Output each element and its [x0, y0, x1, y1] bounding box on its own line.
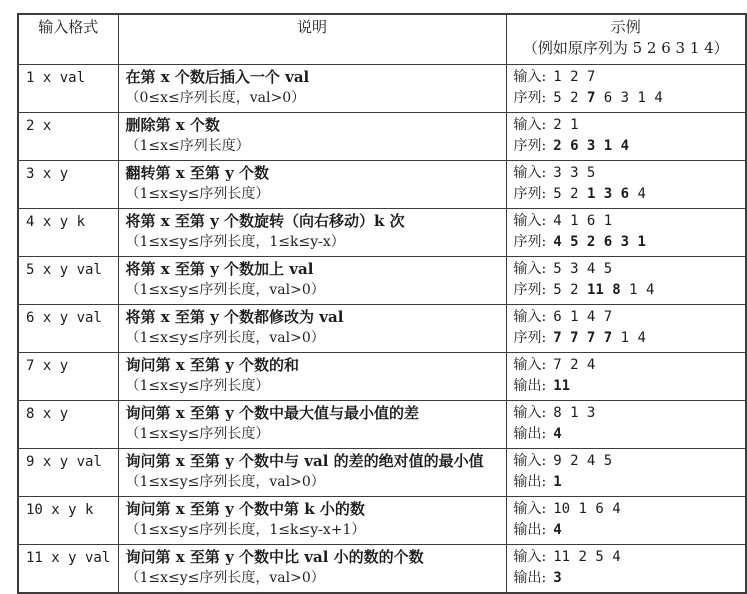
header-input-format: 输入格式: [18, 14, 118, 65]
description-cell: 将第 x 至第 y 个数旋转（向右移动）k 次 （1≤x≤y≤序列长度，1≤k≤…: [118, 209, 506, 257]
example-segment: 1 4: [612, 330, 646, 346]
example-line-1: 输入:4 1 6 1: [514, 211, 739, 232]
example-line-2: 输出:3: [514, 568, 739, 589]
example-line-1-value: 2 1: [553, 117, 578, 133]
example-segment: 2 1: [553, 117, 578, 133]
operations-table: 输入格式 说明 示例 （例如原序列为 5 2 6 3 1 4） 1 x val …: [17, 13, 747, 594]
example-line-1-label: 输入:: [514, 549, 547, 565]
example-line-1-value: 4 1 6 1: [553, 213, 612, 229]
example-cell: 输入:8 1 3 输出:4: [506, 401, 746, 449]
format-text: 6 x y val: [26, 307, 111, 329]
description-text: 在第 x 个数后插入一个 val: [126, 67, 499, 88]
example-segment: 11 8: [587, 282, 621, 298]
example-segment: 3 3 5: [553, 165, 595, 181]
example-line-2-value: 4: [553, 426, 561, 442]
example-line-2: 序列:2 6 3 1 4: [514, 136, 739, 157]
example-segment: 7 2 4: [553, 357, 595, 373]
table-row: 10 x y k 询问第 x 至第 y 个数中第 k 小的数 （1≤x≤y≤序列…: [18, 497, 746, 545]
example-line-1: 输入:2 1: [514, 115, 739, 136]
description-text: 翻转第 x 至第 y 个数: [126, 163, 499, 184]
example-segment: 1: [553, 474, 561, 490]
header-example-subtitle: （例如原序列为 5 2 6 3 1 4）: [514, 38, 739, 59]
example-segment: 6 3 1 4: [595, 90, 662, 106]
example-cell: 输入:6 1 4 7 序列:7 7 7 7 1 4: [506, 305, 746, 353]
description-text: 询问第 x 至第 y 个数中比 val 小的数的个数: [126, 547, 499, 568]
example-line-1: 输入:8 1 3: [514, 403, 739, 424]
table-row: 3 x y 翻转第 x 至第 y 个数 （1≤x≤y≤序列长度） 输入:3 3 …: [18, 161, 746, 209]
format-text: 1 x val: [26, 67, 111, 89]
header-example: 示例 （例如原序列为 5 2 6 3 1 4）: [506, 14, 746, 65]
header-example-title: 示例: [514, 17, 739, 38]
example-line-1-value: 8 1 3: [553, 405, 595, 421]
constraint-text: （1≤x≤y≤序列长度，1≤k≤y-x+1）: [126, 520, 499, 541]
example-line-2-label: 输出:: [514, 378, 547, 394]
example-line-1-value: 1 2 7: [553, 69, 595, 85]
header-description: 说明: [118, 14, 506, 65]
description-text: 询问第 x 至第 y 个数的和: [126, 355, 499, 376]
example-line-2-value: 4: [553, 522, 561, 538]
example-line-1-value: 10 1 6 4: [553, 501, 620, 517]
example-line-1: 输入:3 3 5: [514, 163, 739, 184]
format-cell: 6 x y val: [18, 305, 118, 353]
example-segment: 4 5 2 6 3 1: [553, 234, 646, 250]
constraint-text: （1≤x≤y≤序列长度，1≤k≤y-x）: [126, 232, 499, 253]
format-cell: 8 x y: [18, 401, 118, 449]
format-cell: 3 x y: [18, 161, 118, 209]
format-text: 9 x y val: [26, 451, 111, 473]
example-segment: 5 2: [553, 186, 587, 202]
format-text: 10 x y k: [26, 499, 111, 521]
example-cell: 输入:5 3 4 5 序列:5 2 11 8 1 4: [506, 257, 746, 305]
example-cell: 输入:3 3 5 序列:5 2 1 3 6 4: [506, 161, 746, 209]
format-text: 5 x y val: [26, 259, 111, 281]
constraint-text: （1≤x≤y≤序列长度，val>0）: [126, 280, 499, 301]
example-segment: 5 2: [553, 90, 587, 106]
example-line-1-label: 输入:: [514, 261, 547, 277]
example-segment: 1 3 6: [587, 186, 629, 202]
format-cell: 1 x val: [18, 65, 118, 113]
example-line-1-value: 7 2 4: [553, 357, 595, 373]
example-line-2-label: 序列:: [514, 138, 547, 154]
constraint-text: （1≤x≤y≤序列长度）: [126, 184, 499, 205]
format-cell: 7 x y: [18, 353, 118, 401]
description-cell: 将第 x 至第 y 个数加上 val （1≤x≤y≤序列长度，val>0）: [118, 257, 506, 305]
description-cell: 翻转第 x 至第 y 个数 （1≤x≤y≤序列长度）: [118, 161, 506, 209]
example-segment: 4: [629, 186, 646, 202]
example-line-1-value: 11 2 5 4: [553, 549, 620, 565]
example-segment: 5 3 4 5: [553, 261, 612, 277]
description-text: 删除第 x 个数: [126, 115, 499, 136]
example-line-1-label: 输入:: [514, 213, 547, 229]
example-segment: 6 1 4 7: [553, 309, 612, 325]
example-line-2-label: 输出:: [514, 522, 547, 538]
example-line-2: 输出:4: [514, 520, 739, 541]
format-cell: 9 x y val: [18, 449, 118, 497]
description-cell: 询问第 x 至第 y 个数中与 val 的差的绝对值的最小值 （1≤x≤y≤序列…: [118, 449, 506, 497]
table-row: 5 x y val 将第 x 至第 y 个数加上 val （1≤x≤y≤序列长度…: [18, 257, 746, 305]
example-cell: 输入:11 2 5 4 输出:3: [506, 545, 746, 594]
example-line-1: 输入:7 2 4: [514, 355, 739, 376]
example-line-2-label: 序列:: [514, 234, 547, 250]
example-line-1-label: 输入:: [514, 453, 547, 469]
table-row: 9 x y val 询问第 x 至第 y 个数中与 val 的差的绝对值的最小值…: [18, 449, 746, 497]
table-row: 1 x val 在第 x 个数后插入一个 val （0≤x≤序列长度，val>0…: [18, 65, 746, 113]
constraint-text: （1≤x≤y≤序列长度，val>0）: [126, 568, 499, 589]
format-text: 2 x: [26, 115, 111, 137]
example-line-2-value: 2 6 3 1 4: [553, 138, 629, 154]
example-line-2-value: 7 7 7 7 1 4: [553, 330, 646, 346]
example-line-2-value: 5 2 7 6 3 1 4: [553, 90, 663, 106]
example-line-2-label: 输出:: [514, 426, 547, 442]
format-cell: 2 x: [18, 113, 118, 161]
example-line-2-value: 3: [553, 570, 561, 586]
example-line-2-label: 序列:: [514, 282, 547, 298]
example-cell: 输入:2 1 序列:2 6 3 1 4: [506, 113, 746, 161]
description-cell: 在第 x 个数后插入一个 val （0≤x≤序列长度，val>0）: [118, 65, 506, 113]
constraint-text: （0≤x≤序列长度，val>0）: [126, 88, 499, 109]
example-cell: 输入:10 1 6 4 输出:4: [506, 497, 746, 545]
example-segment: 5 2: [553, 282, 587, 298]
constraint-text: （1≤x≤y≤序列长度，val>0）: [126, 328, 499, 349]
example-segment: 9 2 4 5: [553, 453, 612, 469]
description-cell: 询问第 x 至第 y 个数中第 k 小的数 （1≤x≤y≤序列长度，1≤k≤y-…: [118, 497, 506, 545]
example-line-1-value: 9 2 4 5: [553, 453, 612, 469]
description-text: 将第 x 至第 y 个数加上 val: [126, 259, 499, 280]
example-segment: 1 2 7: [553, 69, 595, 85]
example-line-2: 序列:5 2 1 3 6 4: [514, 184, 739, 205]
example-line-2-label: 输出:: [514, 570, 547, 586]
example-segment: 4 1 6 1: [553, 213, 612, 229]
format-text: 3 x y: [26, 163, 111, 185]
example-cell: 输入:4 1 6 1 序列:4 5 2 6 3 1: [506, 209, 746, 257]
example-line-1-label: 输入:: [514, 357, 547, 373]
description-cell: 询问第 x 至第 y 个数的和 （1≤x≤y≤序列长度）: [118, 353, 506, 401]
description-text: 询问第 x 至第 y 个数中最大值与最小值的差: [126, 403, 499, 424]
example-line-1: 输入:1 2 7: [514, 67, 739, 88]
example-segment: 11 2 5 4: [553, 549, 620, 565]
example-cell: 输入:1 2 7 序列:5 2 7 6 3 1 4: [506, 65, 746, 113]
example-cell: 输入:7 2 4 输出:11: [506, 353, 746, 401]
format-text: 8 x y: [26, 403, 111, 425]
example-line-1-label: 输入:: [514, 501, 547, 517]
description-cell: 删除第 x 个数 （1≤x≤序列长度）: [118, 113, 506, 161]
example-line-2: 输出:4: [514, 424, 739, 445]
example-segment: 4: [553, 426, 561, 442]
constraint-text: （1≤x≤序列长度）: [126, 136, 499, 157]
example-line-2: 序列:7 7 7 7 1 4: [514, 328, 739, 349]
example-line-2-value: 11: [553, 378, 570, 394]
example-line-2-value: 1: [553, 474, 561, 490]
description-cell: 询问第 x 至第 y 个数中最大值与最小值的差 （1≤x≤y≤序列长度）: [118, 401, 506, 449]
format-text: 11 x y val: [26, 547, 111, 569]
format-cell: 5 x y val: [18, 257, 118, 305]
table-row: 4 x y k 将第 x 至第 y 个数旋转（向右移动）k 次 （1≤x≤y≤序…: [18, 209, 746, 257]
example-line-1-label: 输入:: [514, 309, 547, 325]
example-line-1-value: 3 3 5: [553, 165, 595, 181]
example-line-2: 序列:5 2 7 6 3 1 4: [514, 88, 739, 109]
table-row: 6 x y val 将第 x 至第 y 个数都修改为 val （1≤x≤y≤序列…: [18, 305, 746, 353]
description-cell: 询问第 x 至第 y 个数中比 val 小的数的个数 （1≤x≤y≤序列长度，v…: [118, 545, 506, 594]
example-segment: 2 6 3 1 4: [553, 138, 629, 154]
table-row: 7 x y 询问第 x 至第 y 个数的和 （1≤x≤y≤序列长度） 输入:7 …: [18, 353, 746, 401]
example-line-1: 输入:9 2 4 5: [514, 451, 739, 472]
example-line-1-label: 输入:: [514, 69, 547, 85]
description-text: 询问第 x 至第 y 个数中第 k 小的数: [126, 499, 499, 520]
format-text: 7 x y: [26, 355, 111, 377]
format-cell: 11 x y val: [18, 545, 118, 594]
table-row: 8 x y 询问第 x 至第 y 个数中最大值与最小值的差 （1≤x≤y≤序列长…: [18, 401, 746, 449]
constraint-text: （1≤x≤y≤序列长度，val>0）: [126, 472, 499, 493]
description-text: 将第 x 至第 y 个数旋转（向右移动）k 次: [126, 211, 499, 232]
example-segment: 4: [553, 522, 561, 538]
example-segment: 8 1 3: [553, 405, 595, 421]
example-line-1-value: 5 3 4 5: [553, 261, 612, 277]
example-line-2-label: 序列:: [514, 330, 547, 346]
example-line-2: 序列:4 5 2 6 3 1: [514, 232, 739, 253]
constraint-text: （1≤x≤y≤序列长度）: [126, 424, 499, 445]
example-line-2-value: 4 5 2 6 3 1: [553, 234, 646, 250]
format-text: 4 x y k: [26, 211, 111, 233]
description-text: 询问第 x 至第 y 个数中与 val 的差的绝对值的最小值: [126, 451, 499, 472]
example-line-2: 输出:11: [514, 376, 739, 397]
example-line-2-label: 序列:: [514, 186, 547, 202]
example-segment: 1 4: [621, 282, 655, 298]
example-line-2-label: 输出:: [514, 474, 547, 490]
example-line-2-label: 序列:: [514, 90, 547, 106]
example-line-1: 输入:10 1 6 4: [514, 499, 739, 520]
example-segment: 11: [553, 378, 570, 394]
example-line-1-label: 输入:: [514, 117, 547, 133]
example-line-2: 序列:5 2 11 8 1 4: [514, 280, 739, 301]
example-line-1: 输入:6 1 4 7: [514, 307, 739, 328]
table-row: 2 x 删除第 x 个数 （1≤x≤序列长度） 输入:2 1 序列:2 6 3 …: [18, 113, 746, 161]
example-line-2-value: 5 2 1 3 6 4: [553, 186, 646, 202]
example-line-2-value: 5 2 11 8 1 4: [553, 282, 654, 298]
example-cell: 输入:9 2 4 5 输出:1: [506, 449, 746, 497]
example-segment: 10 1 6 4: [553, 501, 620, 517]
format-cell: 4 x y k: [18, 209, 118, 257]
example-line-1-value: 6 1 4 7: [553, 309, 612, 325]
description-text: 将第 x 至第 y 个数都修改为 val: [126, 307, 499, 328]
example-line-2: 输出:1: [514, 472, 739, 493]
example-line-1-label: 输入:: [514, 405, 547, 421]
header-row: 输入格式 说明 示例 （例如原序列为 5 2 6 3 1 4）: [18, 14, 746, 65]
table-row: 11 x y val 询问第 x 至第 y 个数中比 val 小的数的个数 （1…: [18, 545, 746, 594]
format-cell: 10 x y k: [18, 497, 118, 545]
example-line-1-label: 输入:: [514, 165, 547, 181]
constraint-text: （1≤x≤y≤序列长度）: [126, 376, 499, 397]
description-cell: 将第 x 至第 y 个数都修改为 val （1≤x≤y≤序列长度，val>0）: [118, 305, 506, 353]
example-segment: 3: [553, 570, 561, 586]
example-segment: 7 7 7 7: [553, 330, 612, 346]
example-line-1: 输入:5 3 4 5: [514, 259, 739, 280]
table-body: 1 x val 在第 x 个数后插入一个 val （0≤x≤序列长度，val>0…: [18, 65, 746, 594]
example-line-1: 输入:11 2 5 4: [514, 547, 739, 568]
